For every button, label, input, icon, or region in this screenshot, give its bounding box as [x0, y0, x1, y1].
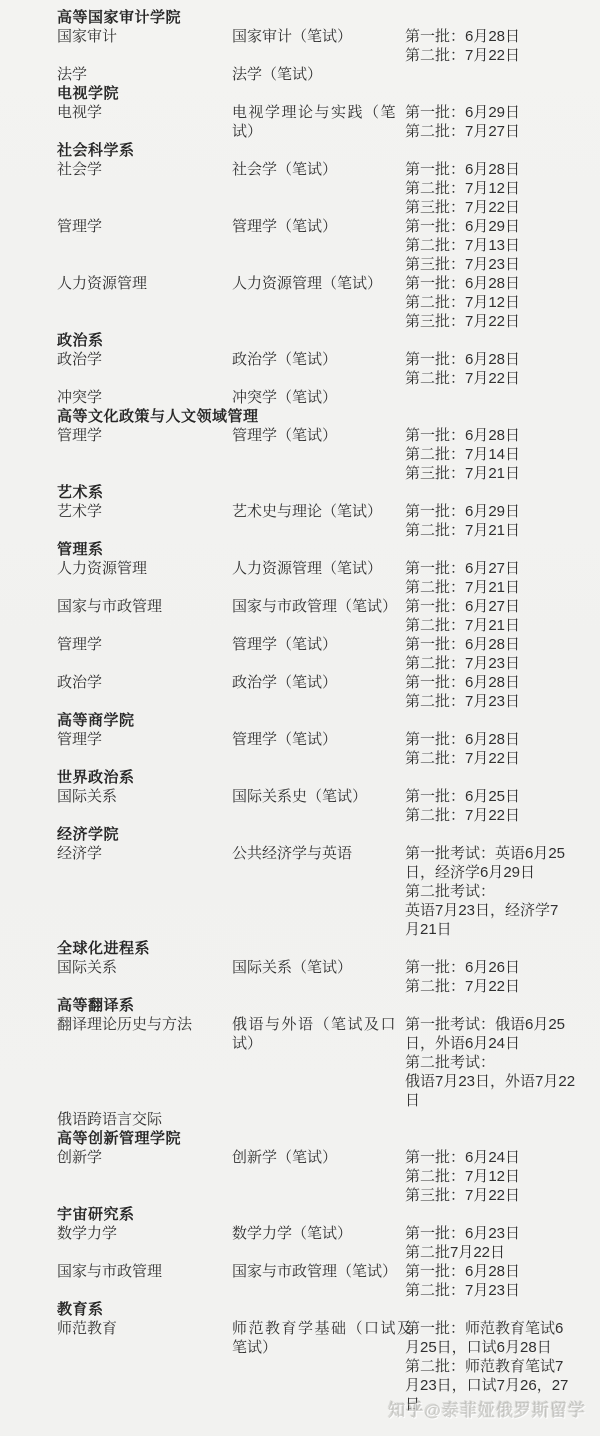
text-line: 翻译理论历史与方法 — [57, 1015, 232, 1034]
dates-cell: 第一批：6月28日第二批：7月22日 — [405, 730, 592, 768]
text-line: 第二批考试： — [405, 1053, 592, 1072]
text-line: 第一批：6月28日 — [405, 730, 592, 749]
text-line: 国家审计（笔试） — [232, 27, 405, 46]
text-line: 第一批：6月28日 — [405, 27, 592, 46]
text-line: 第二批：7月13日 — [405, 236, 592, 255]
text-line: 政治学（笔试） — [232, 673, 405, 692]
text-line: 国际关系 — [57, 958, 232, 977]
text-line: 第一批：6月25日 — [405, 787, 592, 806]
table-row: 社会学社会学（笔试）第一批：6月28日第二批：7月12日第三批：7月22日 — [57, 160, 592, 217]
text-line: 第二批：7月14日 — [405, 445, 592, 464]
text-line: 人力资源管理 — [57, 274, 232, 293]
table-row: 管理学管理学（笔试）第一批：6月28日第二批：7月23日 — [57, 635, 592, 673]
text-line: 管理学（笔试） — [232, 217, 405, 236]
section-heading: 高等国家审计学院 — [57, 8, 592, 27]
table-row: 国际关系国际关系（笔试）第一批：6月26日第二批：7月22日 — [57, 958, 592, 996]
text-line: 创新学 — [57, 1148, 232, 1167]
text-line: 第二批：7月23日 — [405, 1281, 592, 1300]
text-line: 英语7月23日，经济学7 — [405, 901, 592, 920]
text-line: 社会学 — [57, 160, 232, 179]
text-line: 国际关系 — [57, 787, 232, 806]
text-line: 电视学理论与实践（笔 — [232, 103, 405, 122]
text-line: 国家审计 — [57, 27, 232, 46]
major-cell: 政治学 — [57, 350, 232, 369]
table-row: 国家与市政管理国家与市政管理（笔试）第一批：6月27日第二批：7月21日 — [57, 597, 592, 635]
dates-cell — [405, 1110, 592, 1129]
text-line: 第一批：师范教育笔试6 — [405, 1319, 592, 1338]
text-line: 俄语与外语（笔试及口 — [232, 1015, 405, 1034]
section-heading: 全球化进程系 — [57, 939, 592, 958]
text-line: 第一批：6月28日 — [405, 1262, 592, 1281]
table-row: 翻译理论历史与方法俄语与外语（笔试及口试）第一批考试：俄语6月25日，外语6月2… — [57, 1015, 592, 1110]
subject-cell: 冲突学（笔试） — [232, 388, 405, 407]
major-cell: 法学 — [57, 65, 232, 84]
table-row: 管理学管理学（笔试）第一批：6月28日第二批：7月14日第三批：7月21日 — [57, 426, 592, 483]
text-line: 第二批：7月22日 — [405, 749, 592, 768]
text-line: 第三批：7月22日 — [405, 198, 592, 217]
text-line: 第二批：7月23日 — [405, 692, 592, 711]
major-cell: 管理学 — [57, 217, 232, 236]
text-line: 国家与市政管理 — [57, 597, 232, 616]
table-row: 数学力学数学力学（笔试）第一批：6月23日第二批7月22日 — [57, 1224, 592, 1262]
text-line: 第一批：6月28日 — [405, 274, 592, 293]
text-line: 第二批：师范教育笔试7 — [405, 1357, 592, 1376]
text-line: 试） — [232, 122, 405, 141]
major-cell: 国际关系 — [57, 787, 232, 806]
text-line: 法学（笔试） — [232, 65, 405, 84]
text-line: 国家与市政管理 — [57, 1262, 232, 1281]
section-heading: 教育系 — [57, 1300, 592, 1319]
table-row: 管理学管理学（笔试）第一批：6月29日第二批：7月13日第三批：7月23日 — [57, 217, 592, 274]
subject-cell: 国家与市政管理（笔试） — [232, 1262, 405, 1281]
text-line: 第一批：6月28日 — [405, 673, 592, 692]
text-line: 第一批：6月28日 — [405, 160, 592, 179]
section-heading: 高等翻译系 — [57, 996, 592, 1015]
text-line: 管理学（笔试） — [232, 426, 405, 445]
major-cell: 管理学 — [57, 635, 232, 654]
subject-cell: 社会学（笔试） — [232, 160, 405, 179]
table-row: 艺术学艺术史与理论（笔试）第一批：6月29日第二批：7月21日 — [57, 502, 592, 540]
dates-cell: 第一批：6月29日第二批：7月21日 — [405, 502, 592, 540]
subject-cell: 俄语与外语（笔试及口试） — [232, 1015, 405, 1053]
section-heading: 经济学院 — [57, 825, 592, 844]
major-cell: 数学力学 — [57, 1224, 232, 1243]
dates-cell: 第一批：6月28日第二批：7月14日第三批：7月21日 — [405, 426, 592, 483]
major-cell: 经济学 — [57, 844, 232, 863]
text-line: 第二批：7月22日 — [405, 46, 592, 65]
major-cell: 人力资源管理 — [57, 559, 232, 578]
dates-cell: 第一批：6月28日第二批：7月23日 — [405, 1262, 592, 1300]
dates-cell: 第一批：6月23日第二批7月22日 — [405, 1224, 592, 1262]
section-heading: 政治系 — [57, 331, 592, 350]
subject-cell: 政治学（笔试） — [232, 673, 405, 692]
text-line: 第二批：7月12日 — [405, 293, 592, 312]
subject-cell: 国家与市政管理（笔试） — [232, 597, 405, 616]
subject-cell: 数学力学（笔试） — [232, 1224, 405, 1243]
text-line: 月25日，口试6月28日 — [405, 1338, 592, 1357]
subject-cell: 政治学（笔试） — [232, 350, 405, 369]
dates-cell: 第一批：6月24日第二批：7月12日第三批：7月22日 — [405, 1148, 592, 1205]
subject-cell: 电视学理论与实践（笔试） — [232, 103, 405, 141]
text-line: 第二批考试： — [405, 882, 592, 901]
subject-cell: 公共经济学与英语 — [232, 844, 405, 863]
text-line: 第一批：6月23日 — [405, 1224, 592, 1243]
text-line: 第二批：7月23日 — [405, 654, 592, 673]
section-heading: 世界政治系 — [57, 768, 592, 787]
subject-cell: 管理学（笔试） — [232, 426, 405, 445]
dates-cell: 第一批：6月27日第二批：7月21日 — [405, 559, 592, 597]
table-row: 政治学政治学（笔试）第一批：6月28日第二批：7月22日 — [57, 350, 592, 388]
text-line: 笔试） — [232, 1338, 405, 1357]
text-line: 第一批考试：俄语6月25 — [405, 1015, 592, 1034]
text-line: 日，经济学6月29日 — [405, 863, 592, 882]
text-line: 第三批：7月22日 — [405, 312, 592, 331]
text-line: 第二批：7月21日 — [405, 521, 592, 540]
section-heading: 艺术系 — [57, 483, 592, 502]
text-line: 第三批：7月23日 — [405, 255, 592, 274]
dates-cell: 第一批：6月28日第二批：7月22日 — [405, 27, 592, 65]
subject-cell: 国际关系史（笔试） — [232, 787, 405, 806]
text-line: 第二批：7月22日 — [405, 369, 592, 388]
text-line: 创新学（笔试） — [232, 1148, 405, 1167]
text-line: 国家与市政管理（笔试） — [232, 1262, 405, 1281]
major-cell: 人力资源管理 — [57, 274, 232, 293]
text-line: 电视学 — [57, 103, 232, 122]
text-line: 管理学（笔试） — [232, 730, 405, 749]
subject-cell — [232, 1110, 405, 1129]
text-line: 第二批：7月27日 — [405, 122, 592, 141]
text-line: 管理学 — [57, 217, 232, 236]
dates-cell: 第一批：6月29日第二批：7月13日第三批：7月23日 — [405, 217, 592, 274]
text-line: 第一批：6月29日 — [405, 103, 592, 122]
table-row: 冲突学冲突学（笔试） — [57, 388, 592, 407]
dates-cell: 第一批：6月26日第二批：7月22日 — [405, 958, 592, 996]
text-line: 第二批：7月22日 — [405, 806, 592, 825]
text-line: 公共经济学与英语 — [232, 844, 405, 863]
dates-cell: 第一批：6月28日第二批：7月12日第三批：7月22日 — [405, 274, 592, 331]
text-line: 管理学 — [57, 730, 232, 749]
text-line: 管理学 — [57, 426, 232, 445]
section-heading: 高等商学院 — [57, 711, 592, 730]
text-line: 第一批：6月24日 — [405, 1148, 592, 1167]
text-line: 第二批：7月12日 — [405, 179, 592, 198]
text-line: 第二批：7月22日 — [405, 977, 592, 996]
major-cell: 国际关系 — [57, 958, 232, 977]
text-line: 第一批考试：英语6月25 — [405, 844, 592, 863]
major-cell: 政治学 — [57, 673, 232, 692]
text-line: 试） — [232, 1034, 405, 1053]
table-row: 人力资源管理人力资源管理（笔试）第一批：6月28日第二批：7月12日第三批：7月… — [57, 274, 592, 331]
text-line: 第一批：6月29日 — [405, 217, 592, 236]
dates-cell: 第一批：6月28日第二批：7月12日第三批：7月22日 — [405, 160, 592, 217]
text-line: 第一批：6月27日 — [405, 559, 592, 578]
section-heading: 高等创新管理学院 — [57, 1129, 592, 1148]
major-cell: 社会学 — [57, 160, 232, 179]
subject-cell: 人力资源管理（笔试） — [232, 559, 405, 578]
subject-cell: 师范教育学基础（口试及笔试） — [232, 1319, 405, 1357]
subject-cell: 艺术史与理论（笔试） — [232, 502, 405, 521]
section-heading: 电视学院 — [57, 84, 592, 103]
subject-cell: 管理学（笔试） — [232, 217, 405, 236]
dates-cell: 第一批：6月28日第二批：7月22日 — [405, 350, 592, 388]
table-row: 经济学公共经济学与英语第一批考试：英语6月25日，经济学6月29日第二批考试：英… — [57, 844, 592, 939]
text-line: 政治学（笔试） — [232, 350, 405, 369]
dates-cell — [405, 388, 592, 407]
table-row: 电视学电视学理论与实践（笔试）第一批：6月29日第二批：7月27日 — [57, 103, 592, 141]
table-row: 法学法学（笔试） — [57, 65, 592, 84]
subject-cell: 管理学（笔试） — [232, 730, 405, 749]
text-line: 月23日，口试7月26，27 — [405, 1376, 592, 1395]
text-line: 第三批：7月22日 — [405, 1186, 592, 1205]
text-line: 社会学（笔试） — [232, 160, 405, 179]
dates-cell: 第一批：6月29日第二批：7月27日 — [405, 103, 592, 141]
text-line: 月21日 — [405, 920, 592, 939]
major-cell: 国家与市政管理 — [57, 597, 232, 616]
subject-cell: 国家审计（笔试） — [232, 27, 405, 46]
text-line: 人力资源管理（笔试） — [232, 559, 405, 578]
major-cell: 管理学 — [57, 426, 232, 445]
dates-cell: 第一批：6月28日第二批：7月23日 — [405, 635, 592, 673]
table-row: 国家审计国家审计（笔试）第一批：6月28日第二批：7月22日 — [57, 27, 592, 65]
text-line: 艺术学 — [57, 502, 232, 521]
text-line: 政治学 — [57, 673, 232, 692]
text-line: 日，外语6月24日 — [405, 1034, 592, 1053]
text-line: 管理学（笔试） — [232, 635, 405, 654]
section-heading: 高等文化政策与人文领域管理 — [57, 407, 592, 426]
table-row: 国家与市政管理国家与市政管理（笔试）第一批：6月28日第二批：7月23日 — [57, 1262, 592, 1300]
exam-schedule-table: 高等国家审计学院国家审计国家审计（笔试）第一批：6月28日第二批：7月22日法学… — [57, 8, 592, 1414]
table-row: 创新学创新学（笔试）第一批：6月24日第二批：7月12日第三批：7月22日 — [57, 1148, 592, 1205]
text-line: 冲突学 — [57, 388, 232, 407]
major-cell: 冲突学 — [57, 388, 232, 407]
subject-cell: 法学（笔试） — [232, 65, 405, 84]
dates-cell — [405, 65, 592, 84]
text-line: 法学 — [57, 65, 232, 84]
major-cell: 俄语跨语言交际 — [57, 1110, 232, 1129]
section-heading: 管理系 — [57, 540, 592, 559]
text-line: 数学力学（笔试） — [232, 1224, 405, 1243]
text-line: 第一批：6月28日 — [405, 350, 592, 369]
text-line: 第二批7月22日 — [405, 1243, 592, 1262]
section-heading: 社会科学系 — [57, 141, 592, 160]
subject-cell: 国际关系（笔试） — [232, 958, 405, 977]
text-line: 国际关系（笔试） — [232, 958, 405, 977]
text-line: 冲突学（笔试） — [232, 388, 405, 407]
text-line: 日 — [405, 1091, 592, 1110]
table-row: 国际关系国际关系史（笔试）第一批：6月25日第二批：7月22日 — [57, 787, 592, 825]
major-cell: 国家审计 — [57, 27, 232, 46]
major-cell: 艺术学 — [57, 502, 232, 521]
text-line: 第一批：6月28日 — [405, 426, 592, 445]
major-cell: 国家与市政管理 — [57, 1262, 232, 1281]
text-line: 第一批：6月27日 — [405, 597, 592, 616]
major-cell: 管理学 — [57, 730, 232, 749]
watermark: 知乎@泰菲娅俄罗斯留学 — [388, 1400, 586, 1422]
subject-cell: 人力资源管理（笔试） — [232, 274, 405, 293]
major-cell: 电视学 — [57, 103, 232, 122]
dates-cell: 第一批：6月25日第二批：7月22日 — [405, 787, 592, 825]
text-line: 第一批：6月26日 — [405, 958, 592, 977]
text-line: 第二批：7月21日 — [405, 616, 592, 635]
text-line: 人力资源管理 — [57, 559, 232, 578]
text-line: 第一批：6月29日 — [405, 502, 592, 521]
text-line: 国际关系史（笔试） — [232, 787, 405, 806]
text-line: 政治学 — [57, 350, 232, 369]
table-row: 俄语跨语言交际 — [57, 1110, 592, 1129]
text-line: 人力资源管理（笔试） — [232, 274, 405, 293]
text-line: 俄语跨语言交际 — [57, 1110, 232, 1129]
text-line: 第二批：7月12日 — [405, 1167, 592, 1186]
subject-cell: 创新学（笔试） — [232, 1148, 405, 1167]
scanned-document-page: 高等国家审计学院国家审计国家审计（笔试）第一批：6月28日第二批：7月22日法学… — [0, 0, 600, 1436]
text-line: 俄语7月23日，外语7月22 — [405, 1072, 592, 1091]
text-line: 数学力学 — [57, 1224, 232, 1243]
table-row: 人力资源管理人力资源管理（笔试）第一批：6月27日第二批：7月21日 — [57, 559, 592, 597]
dates-cell: 第一批：6月27日第二批：7月21日 — [405, 597, 592, 635]
major-cell: 师范教育 — [57, 1319, 232, 1338]
subject-cell: 管理学（笔试） — [232, 635, 405, 654]
text-line: 经济学 — [57, 844, 232, 863]
major-cell: 翻译理论历史与方法 — [57, 1015, 232, 1034]
major-cell: 创新学 — [57, 1148, 232, 1167]
text-line: 第三批：7月21日 — [405, 464, 592, 483]
text-line: 师范教育 — [57, 1319, 232, 1338]
dates-cell: 第一批考试：英语6月25日，经济学6月29日第二批考试：英语7月23日，经济学7… — [405, 844, 592, 939]
text-line: 师范教育学基础（口试及 — [232, 1319, 405, 1338]
dates-cell: 第一批：6月28日第二批：7月23日 — [405, 673, 592, 711]
text-line: 第一批：6月28日 — [405, 635, 592, 654]
table-row: 政治学政治学（笔试）第一批：6月28日第二批：7月23日 — [57, 673, 592, 711]
table-row: 管理学管理学（笔试）第一批：6月28日第二批：7月22日 — [57, 730, 592, 768]
text-line: 国家与市政管理（笔试） — [232, 597, 405, 616]
text-line: 管理学 — [57, 635, 232, 654]
dates-cell: 第一批考试：俄语6月25日，外语6月24日第二批考试：俄语7月23日，外语7月2… — [405, 1015, 592, 1110]
text-line: 艺术史与理论（笔试） — [232, 502, 405, 521]
section-heading: 宇宙研究系 — [57, 1205, 592, 1224]
text-line: 第二批：7月21日 — [405, 578, 592, 597]
